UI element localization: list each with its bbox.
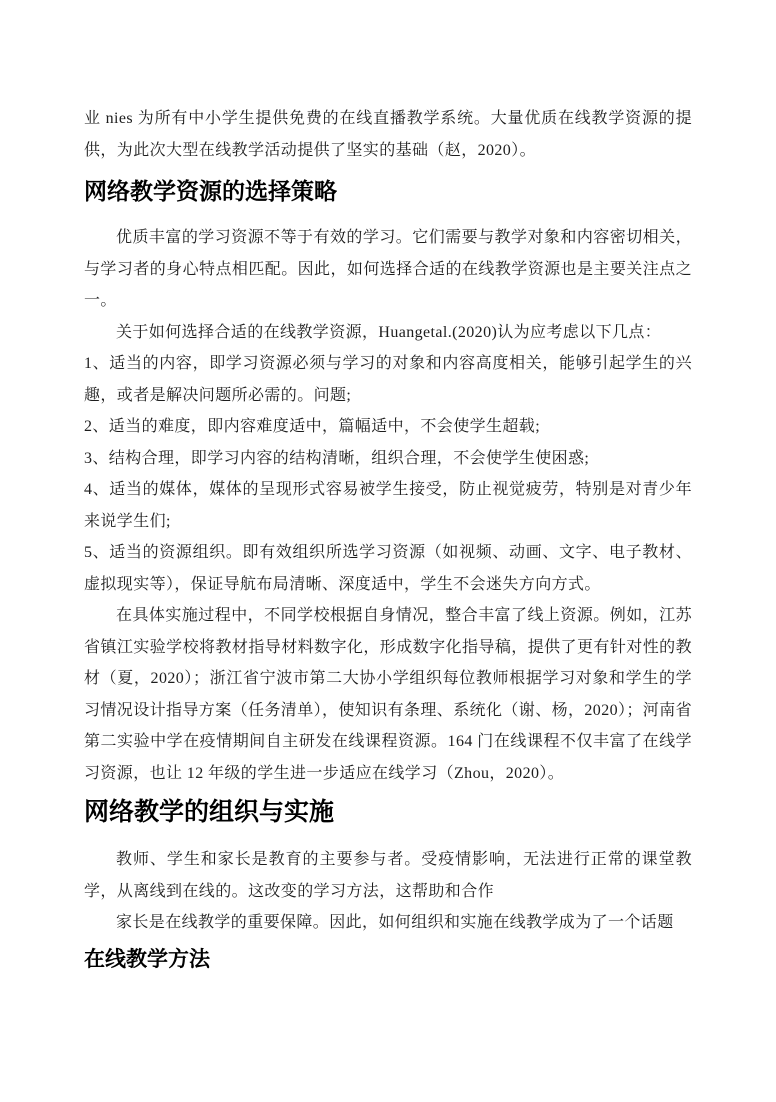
paragraph-huang-criteria-intro: 关于如何选择合适的在线教学资源，Huangetal.(2020)认为应考虑以下几… [84, 317, 692, 349]
list-item-appropriate-media: 4、适当的媒体，媒体的呈现形式容易被学生接受，防止视觉疲劳，特别是对青少年来说学… [84, 474, 692, 537]
paragraph-resource-quality: 优质丰富的学习资源不等于有效的学习。它们需要与教学对象和内容密切相关，与学习者的… [84, 222, 692, 317]
paragraph-parents-guarantee: 家长是在线教学的重要保障。因此，如何组织和实施在线教学成为了一个话题 [84, 907, 692, 939]
heading-online-teaching-methods: 在线教学方法 [84, 946, 692, 974]
heading-resource-selection-strategy: 网络教学资源的选择策略 [84, 176, 692, 206]
document-page: 业 nies 为所有中小学生提供免费的在线直播教学系统。大量优质在线教学资源的提… [0, 0, 776, 1102]
list-item-reasonable-structure: 3、结构合理，即学习内容的结构清晰，组织合理，不会使学生使困惑; [84, 443, 692, 475]
heading-online-teaching-organization: 网络教学的组织与实施 [84, 796, 692, 828]
paragraph-implementation-examples: 在具体实施过程中，不同学校根据自身情况，整合丰富了线上资源。例如，江苏省镇江实验… [84, 600, 692, 789]
list-item-appropriate-difficulty: 2、适当的难度，即内容难度适中，篇幅适中，不会使学生超载; [84, 411, 692, 443]
paragraph-education-participants: 教师、学生和家长是教育的主要参与者。受疫情影响，无法进行正常的课堂教学，从离线到… [84, 844, 692, 907]
list-item-resource-organization: 5、适当的资源组织。即有效组织所选学习资源（如视频、动画、文字、电子教材、虚拟现… [84, 537, 692, 600]
paragraph-intro-continuation: 业 nies 为所有中小学生提供免费的在线直播教学系统。大量优质在线教学资源的提… [84, 103, 692, 166]
list-item-appropriate-content: 1、适当的内容，即学习资源必须与学习的对象和内容高度相关，能够引起学生的兴趣，或… [84, 348, 692, 411]
